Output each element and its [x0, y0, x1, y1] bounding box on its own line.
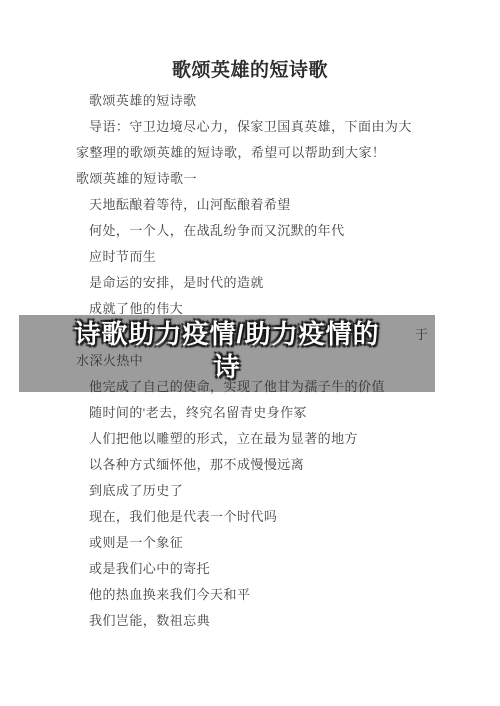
- text-line: 或则是一个象征: [76, 530, 480, 556]
- text-line: 他的热血换来我们今天和平: [76, 582, 480, 608]
- text-line: 家整理的歌颂英雄的短诗歌，希望可以帮助到大家！: [76, 140, 480, 166]
- text-line: 导语：守卫边境尽心力，保家卫国真英雄，下面由为大: [76, 114, 480, 140]
- text-line: 人们把他以雕塑的形式，立在最为显著的地方: [76, 426, 480, 452]
- text-line: 我们岂能，数祖忘典: [76, 608, 480, 634]
- text-line: 何处，一个人，在战乱纷争而又沉默的年代: [76, 218, 480, 244]
- watermark-text-line2: 诗: [19, 351, 435, 384]
- text-line: 歌颂英雄的短诗歌: [76, 88, 480, 114]
- document-title: 歌颂英雄的短诗歌: [0, 58, 500, 84]
- text-line: 随时间的'老去，终究名留青史身作冢: [76, 400, 480, 426]
- text-line: 到底成了历史了: [76, 478, 480, 504]
- text-line: 歌颂英雄的短诗歌一: [76, 166, 480, 192]
- text-line: 现在，我们他是代表一个时代吗: [76, 504, 480, 530]
- article-page: 歌颂英雄的短诗歌 歌颂英雄的短诗歌导语：守卫边境尽心力，保家卫国真英雄，下面由为…: [0, 0, 500, 706]
- text-line: 以各种方式缅怀他，那不成慢慢远离: [76, 452, 480, 478]
- text-line: 是命运的安排，是时代的造就: [76, 270, 480, 296]
- text-line: 天地酝酿着等待，山河酝酿着希望: [76, 192, 480, 218]
- text-line: 应时节而生: [76, 244, 480, 270]
- watermark-overlay: 诗歌助力疫情/助力疫情的 诗: [19, 315, 435, 392]
- text-line: 或是我们心中的寄托: [76, 556, 480, 582]
- watermark-text-line1: 诗歌助力疫情/助力疫情的: [19, 318, 435, 351]
